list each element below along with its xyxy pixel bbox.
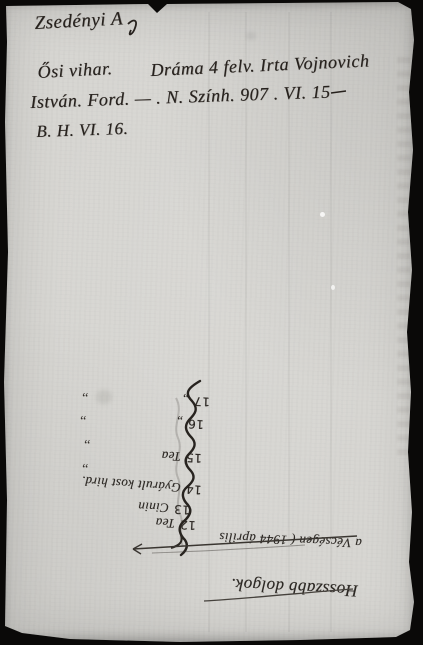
- row-label: „: [175, 414, 183, 430]
- translator-premiere-text: István. Ford. — . N. Szính. 907 . VI. 15: [30, 82, 331, 113]
- inverted-list-row: 15 Tea: [140, 447, 203, 465]
- underlined-annotation-text: Hosszabb dolgok.: [182, 571, 359, 600]
- row-label: „: [181, 392, 189, 408]
- row-label: Gyárult kost hird.: [81, 473, 181, 496]
- ditto-mark: „: [82, 390, 89, 406]
- ditto-mark: „: [82, 461, 89, 477]
- heading-author: Zsedényi A: [34, 8, 124, 35]
- row-number: 16: [187, 415, 204, 432]
- scanned-catalog-card: Zsedényi A Ősi vihar. Dráma 4 felv. Irta…: [0, 0, 423, 645]
- genre-author-text: Dráma 4 felv. Irta Vojnovich: [150, 50, 370, 81]
- struck-annotation-text: a Vécségen ( 1944 április: [126, 525, 362, 551]
- title-text: Ősi vihar.: [37, 58, 113, 83]
- row-label: Tea: [161, 448, 181, 465]
- inverted-list-row: 17 „: [166, 391, 211, 409]
- handwriting-layer: Zsedényi A Ősi vihar. Dráma 4 felv. Irta…: [0, 0, 423, 645]
- row-number: 14: [185, 480, 202, 497]
- row-number: 17: [194, 392, 211, 409]
- row-number: 15: [186, 449, 203, 466]
- inverted-list-row: 14 Gyárult kost hird.: [58, 471, 203, 497]
- ditto-mark: „: [80, 413, 87, 429]
- inverted-list-row: 16 „: [146, 412, 205, 431]
- review-reference-text: B. H. VI. 16.: [36, 119, 129, 142]
- ditto-mark: „: [84, 437, 91, 453]
